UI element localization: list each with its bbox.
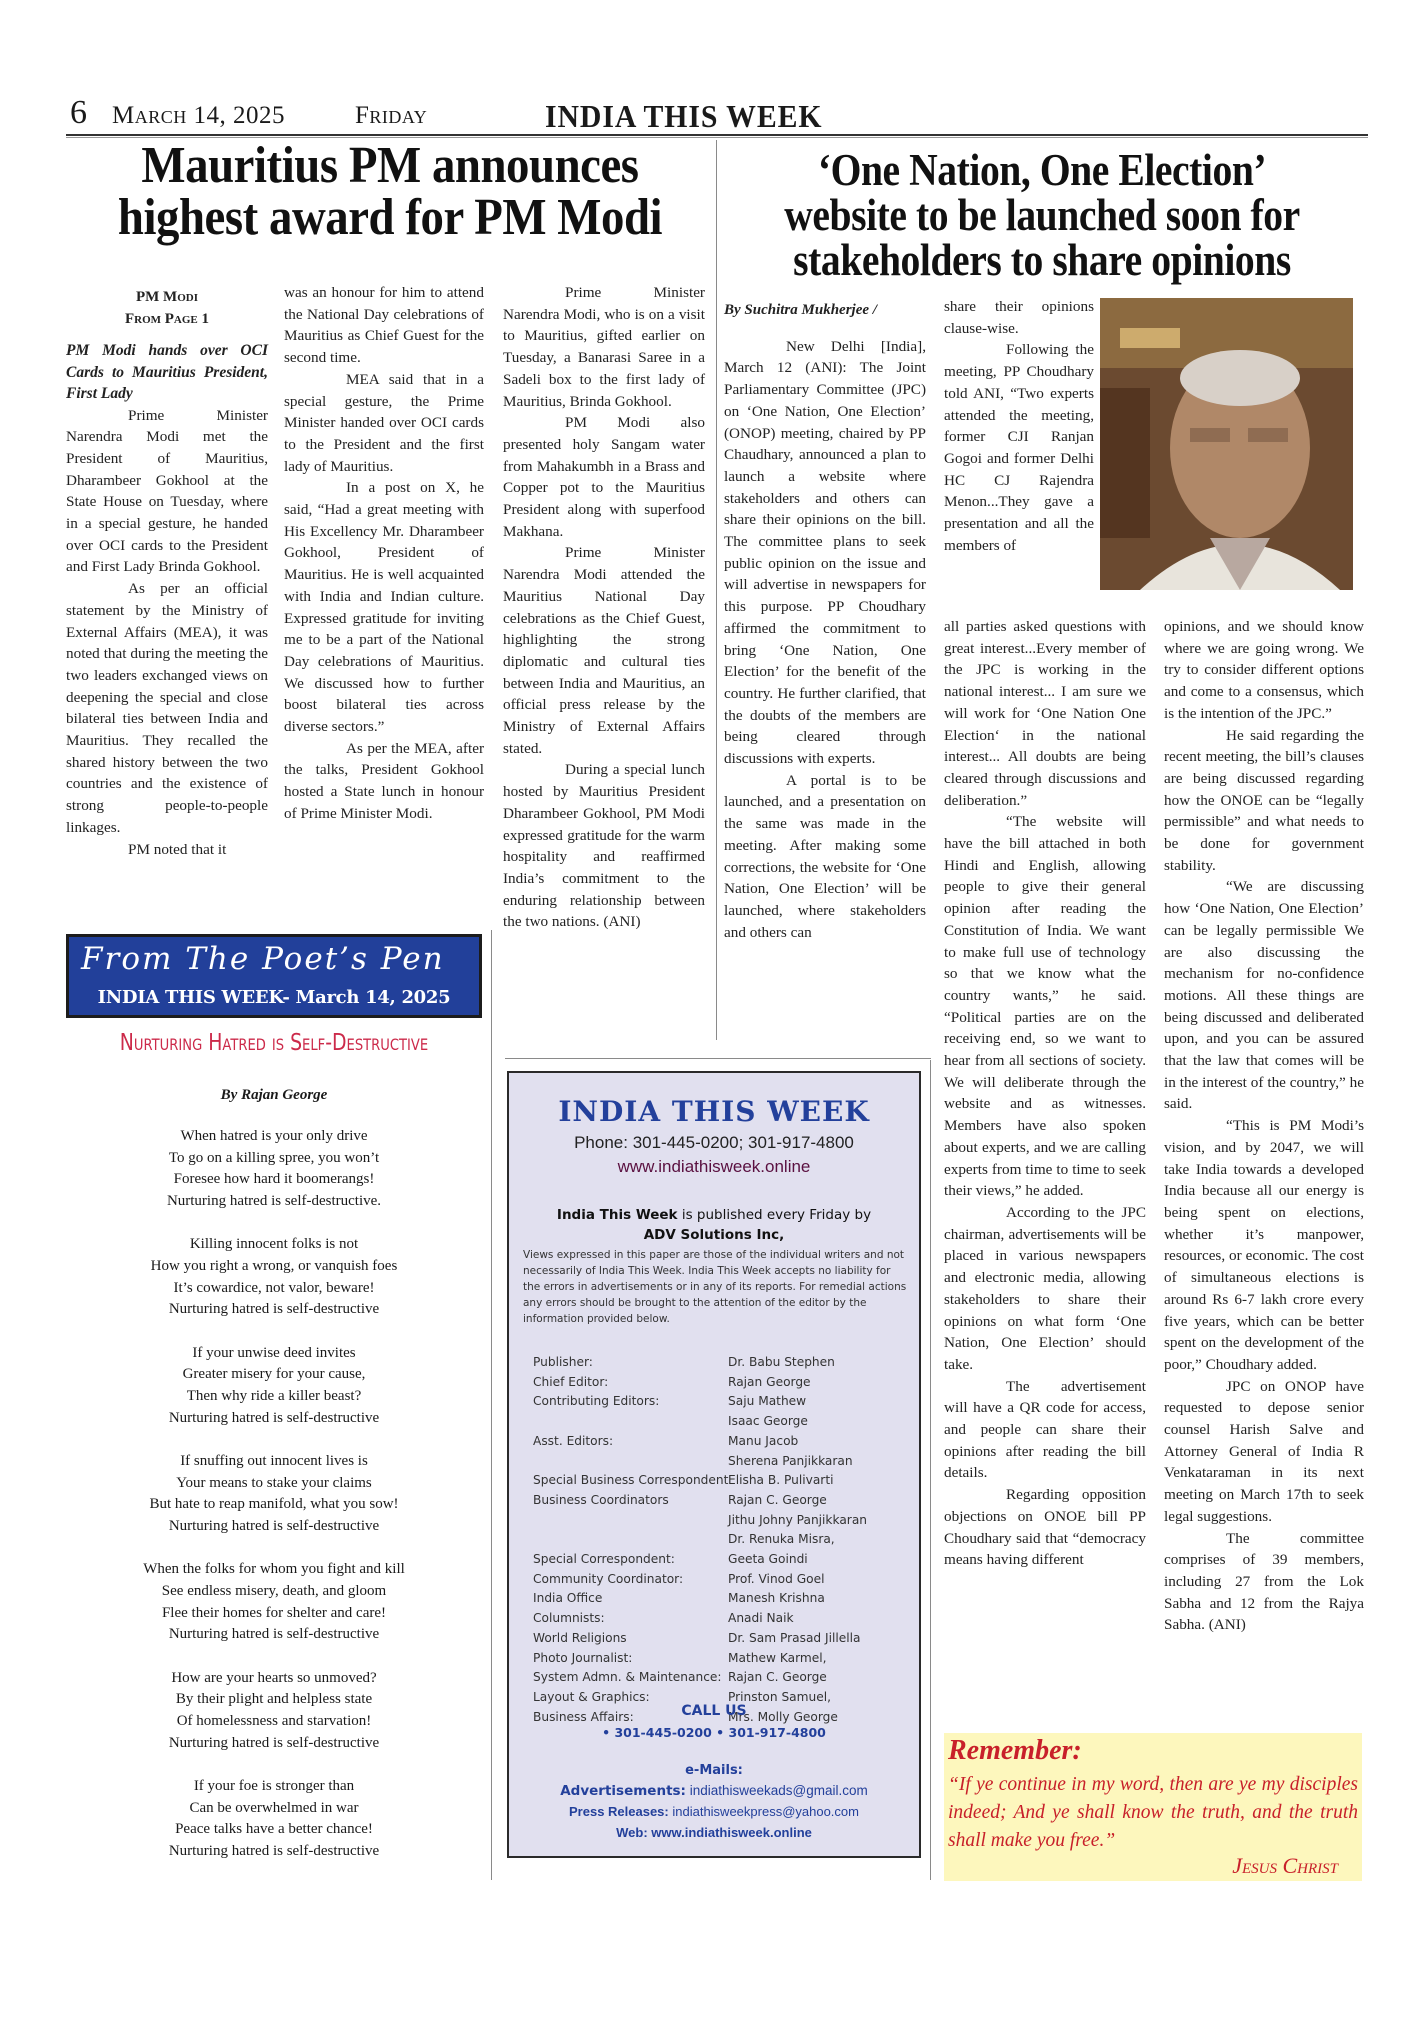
info-published-name: India This Week xyxy=(557,1207,678,1223)
poem-stanza: How are your hearts so unmoved? By their… xyxy=(66,1668,482,1755)
masthead: 6 March 14, 2025 Friday INDIA THIS WEEK xyxy=(70,96,1370,136)
staff-role: Special Correspondent: xyxy=(533,1550,728,1570)
paragraph: MEA said that in a special gesture, the … xyxy=(284,369,484,478)
paragraph: opinions, and we should know where we ar… xyxy=(1164,616,1364,725)
poem-body: When hatred is your only drive To go on … xyxy=(66,1126,482,1884)
kicker-from-page: From Page 1 xyxy=(66,308,268,330)
poem-line: Nurturing hatred is self-destructive xyxy=(66,1299,482,1321)
call-us-numbers: • 301-445-0200 • 301-917-4800 xyxy=(509,1725,919,1740)
staff-name: Dr. Sam Prasad Jillella xyxy=(728,1629,861,1649)
poem-stanza: When the folks for whom you fight and ki… xyxy=(66,1559,482,1646)
subhead-oci: PM Modi hands over OCI Cards to Mauritiu… xyxy=(66,340,268,405)
staff-row: Chief Editor:Rajan George xyxy=(533,1373,913,1393)
staff-name: Manu Jacob xyxy=(728,1432,798,1452)
staff-row: Business CoordinatorsRajan C. George xyxy=(533,1491,913,1511)
call-us-heading: CALL US xyxy=(509,1703,919,1719)
poem-line: Nurturing hatred is self-destructive xyxy=(66,1733,482,1755)
poem-line: If snuffing out innocent lives is xyxy=(66,1451,482,1473)
info-published-rest: is published every Friday by xyxy=(678,1207,872,1223)
poets-pen-subtitle: INDIA THIS WEEK- March 14, 2025 xyxy=(69,987,479,1008)
poem-stanza: If snuffing out innocent lives is Your m… xyxy=(66,1451,482,1538)
poem-line: If your foe is stronger than xyxy=(66,1776,482,1798)
paragraph: The committee comprises of 39 members, i… xyxy=(1164,1528,1364,1637)
paragraph: PM Modi also presented holy Sangam water… xyxy=(503,412,705,542)
paragraph: A portal is to be launched, and a presen… xyxy=(724,770,926,944)
paragraph: New Delhi [India], March 12 (ANI): The J… xyxy=(724,336,926,770)
poem-line: Of homelessness and starvation! xyxy=(66,1711,482,1733)
press-email-row: Press Releases: indiathisweekpress@yahoo… xyxy=(509,1804,919,1819)
poem-line: Greater misery for your cause, xyxy=(66,1364,482,1386)
poem-line: But hate to reap manifold, what you sow! xyxy=(66,1494,482,1516)
poem-stanza: If your foe is stronger than Can be over… xyxy=(66,1776,482,1863)
staff-role xyxy=(533,1530,728,1550)
staff-role xyxy=(533,1412,728,1432)
poem-title: Nurturing Hatred is Self-Destructive xyxy=(103,1030,444,1056)
staff-row: Columnists:Anadi Naik xyxy=(533,1609,913,1629)
staff-row: System Admn. & Maintenance:Rajan C. Geor… xyxy=(533,1668,913,1688)
staff-name: Mathew Karmel, xyxy=(728,1649,827,1669)
staff-role: Community Coordinator: xyxy=(533,1570,728,1590)
emails-heading: e-Mails: xyxy=(509,1763,919,1778)
poem-line: If your unwise deed invites xyxy=(66,1343,482,1365)
poem-line: Nurturing hatred is self-destructive xyxy=(66,1408,482,1430)
paragraph: all parties asked questions with great i… xyxy=(944,616,1146,811)
page-number: 6 xyxy=(70,94,87,132)
paragraph: Following the meeting, PP Choudhary told… xyxy=(944,339,1094,556)
poets-pen-title: From The Poet’s Pen xyxy=(81,941,445,977)
staff-name: Rajan C. George xyxy=(728,1491,827,1511)
staff-name: Dr. Renuka Misra, xyxy=(728,1530,835,1550)
paragraph: share their opinions clause-wise. xyxy=(944,296,1094,339)
staff-name: Manesh Krishna xyxy=(728,1589,825,1609)
staff-row: Photo Journalist:Mathew Karmel, xyxy=(533,1649,913,1669)
info-brand: INDIA THIS WEEK xyxy=(509,1095,919,1128)
remember-quote: “If ye continue in my word, then are ye … xyxy=(948,1771,1358,1855)
staff-role: Columnists: xyxy=(533,1609,728,1629)
staff-row: India OfficeManesh Krishna xyxy=(533,1589,913,1609)
staff-role: Asst. Editors: xyxy=(533,1432,728,1452)
staff-row: Special Business CorrespondentElisha B. … xyxy=(533,1471,913,1491)
info-published: India This Week is published every Frida… xyxy=(509,1207,919,1223)
staff-name: Isaac George xyxy=(728,1412,808,1432)
issue-day: Friday xyxy=(355,102,427,130)
poem-line: Nurturing hatred is self-destructive xyxy=(66,1516,482,1538)
paragraph: According to the JPC chairman, advertise… xyxy=(944,1202,1146,1376)
portrait-image xyxy=(1100,298,1353,590)
poets-pen-banner: From The Poet’s Pen INDIA THIS WEEK- Mar… xyxy=(66,934,482,1018)
staff-role: System Admn. & Maintenance: xyxy=(533,1668,728,1688)
paper-name: INDIA THIS WEEK xyxy=(545,98,822,135)
story-divider xyxy=(716,140,717,1040)
poem-line: Nurturing hatred is self-destructive xyxy=(66,1841,482,1863)
poem-byline: By Rajan George xyxy=(66,1087,482,1104)
photo-pp-chaudhary xyxy=(1100,298,1353,590)
staff-name: Jithu Johny Panjikkaran xyxy=(728,1511,867,1531)
headline-mauritius: Mauritius PM announces highest award for… xyxy=(102,140,678,244)
staff-name: Dr. Babu Stephen xyxy=(728,1353,835,1373)
staff-row: Special Correspondent:Geeta Goindi xyxy=(533,1550,913,1570)
poem-stanza: If your unwise deed invites Greater mise… xyxy=(66,1343,482,1430)
paragraph: During a special lunch hosted by Mauriti… xyxy=(503,759,705,933)
issue-date: March 14, 2025 xyxy=(112,102,285,130)
staff-role: India Office xyxy=(533,1589,728,1609)
info-website-link[interactable]: www.indiathisweek.online xyxy=(509,1157,919,1177)
paragraph: As per an official statement by the Mini… xyxy=(66,578,268,838)
kicker-pm-modi: PM Modi xyxy=(66,286,268,308)
paragraph: Prime Minister Narendra Modi attended th… xyxy=(503,542,705,759)
poem-line: Foresee how hard it boomerangs! xyxy=(66,1169,482,1191)
poem-line: Nurturing hatred is self-destructive xyxy=(66,1624,482,1646)
paragraph: was an honour for him to attend the Nati… xyxy=(284,282,484,369)
staff-role: Photo Journalist: xyxy=(533,1649,728,1669)
staff-row: Contributing Editors:Saju Mathew xyxy=(533,1392,913,1412)
poem-line: Flee their homes for shelter and care! xyxy=(66,1603,482,1625)
publication-info-box: INDIA THIS WEEK Phone: 301-445-0200; 301… xyxy=(507,1071,921,1858)
staff-name: Saju Mathew xyxy=(728,1392,806,1412)
staff-name: Prof. Vinod Goel xyxy=(728,1570,825,1590)
paragraph: Prime Minister Narendra Modi, who is on … xyxy=(503,282,705,412)
press-email-link[interactable]: indiathisweekpress@yahoo.com xyxy=(669,1804,859,1819)
paragraph: “This is PM Modi’s vision, and by 2047, … xyxy=(1164,1115,1364,1375)
remember-title: Remember: xyxy=(948,1735,1082,1767)
staff-role xyxy=(533,1452,728,1472)
poem-line: How are your hearts so unmoved? xyxy=(66,1668,482,1690)
staff-name: Elisha B. Pulivarti xyxy=(728,1471,834,1491)
staff-row: Publisher:Dr. Babu Stephen xyxy=(533,1353,913,1373)
staff-row: Community Coordinator:Prof. Vinod Goel xyxy=(533,1570,913,1590)
right-story-col1: By Suchitra Mukherjee / New Delhi [India… xyxy=(724,300,926,943)
paragraph: “The website will have the bill attached… xyxy=(944,811,1146,1202)
paragraph: Prime Minister Narendra Modi met the Pre… xyxy=(66,405,268,579)
poem-line: It’s cowardice, not valor, beware! xyxy=(66,1278,482,1300)
staff-row: Jithu Johny Panjikkaran xyxy=(533,1511,913,1531)
poem-line: When the folks for whom you fight and ki… xyxy=(66,1559,482,1581)
staff-row: Sherena Panjikkaran xyxy=(533,1452,913,1472)
paragraph: Regarding opposition objections on ONOE … xyxy=(944,1484,1146,1571)
poem-line: Killing innocent folks is not xyxy=(66,1234,482,1256)
masthead-rule xyxy=(66,134,1368,136)
poem-line: When hatred is your only drive xyxy=(66,1126,482,1148)
right-story-col3: opinions, and we should know where we ar… xyxy=(1164,616,1364,1636)
staff-name: Rajan C. George xyxy=(728,1668,827,1688)
paragraph: PM noted that it xyxy=(66,839,268,861)
staff-row: Isaac George xyxy=(533,1412,913,1432)
paragraph: In a post on X, he said, “Had a great me… xyxy=(284,477,484,737)
staff-name: Rajan George xyxy=(728,1373,811,1393)
staff-role: Business Coordinators xyxy=(533,1491,728,1511)
ads-email-link[interactable]: indiathisweekads@gmail.com xyxy=(686,1783,868,1798)
paragraph: “We are discussing how ‘One Nation, One … xyxy=(1164,876,1364,1115)
staff-role: Special Business Correspondent xyxy=(533,1471,728,1491)
byline-suchitra: By Suchitra Mukherjee / xyxy=(724,300,926,322)
poem-line: Peace talks have a better chance! xyxy=(66,1819,482,1841)
staff-role: Contributing Editors: xyxy=(533,1392,728,1412)
column-divider xyxy=(491,930,492,1880)
poem-line: Your means to stake your claims xyxy=(66,1473,482,1495)
column-divider xyxy=(930,1060,931,1880)
paragraph: He said regarding the recent meeting, th… xyxy=(1164,725,1364,877)
poem-line: See endless misery, death, and gloom xyxy=(66,1581,482,1603)
info-disclaimer: Views expressed in this paper are those … xyxy=(523,1247,909,1327)
staff-list: Publisher:Dr. Babu Stephen Chief Editor:… xyxy=(533,1353,913,1727)
left-story-col2: was an honour for him to attend the Nati… xyxy=(284,282,484,825)
staff-role xyxy=(533,1511,728,1531)
press-email-label: Press Releases: xyxy=(569,1804,669,1819)
info-phone: Phone: 301-445-0200; 301-917-4800 xyxy=(509,1133,919,1153)
right-story-col2-top: share their opinions clause-wise. Follow… xyxy=(944,296,1094,556)
paragraph: As per the MEA, after the talks, Preside… xyxy=(284,738,484,825)
headline-one-nation-one-election: ‘One Nation, One Election’ website to be… xyxy=(760,148,1323,283)
staff-role: Chief Editor: xyxy=(533,1373,728,1393)
ads-email-label: Advertisements: xyxy=(560,1783,686,1799)
poem-line: Then why ride a killer beast? xyxy=(66,1386,482,1408)
web-link[interactable]: Web: www.indiathisweek.online xyxy=(509,1825,919,1840)
poem-line: By their plight and helpless state xyxy=(66,1689,482,1711)
info-company: ADV Solutions Inc, xyxy=(509,1227,919,1243)
staff-role: World Religions xyxy=(533,1629,728,1649)
staff-name: Anadi Naik xyxy=(728,1609,794,1629)
poem-line: Can be overwhelmed in war xyxy=(66,1798,482,1820)
poem-line: Nurturing hatred is self-destructive. xyxy=(66,1191,482,1213)
remember-quote-box: Remember: “If ye continue in my word, th… xyxy=(944,1733,1362,1881)
staff-row: World ReligionsDr. Sam Prasad Jillella xyxy=(533,1629,913,1649)
left-story-col3: Prime Minister Narendra Modi, who is on … xyxy=(503,282,705,933)
ads-email-row: Advertisements: indiathisweekads@gmail.c… xyxy=(509,1783,919,1799)
poem-stanza: Killing innocent folks is not How you ri… xyxy=(66,1234,482,1321)
staff-name: Geeta Goindi xyxy=(728,1550,808,1570)
remember-author: Jesus Christ xyxy=(1232,1853,1338,1879)
poem-stanza: When hatred is your only drive To go on … xyxy=(66,1126,482,1213)
left-story-col1: PM Modi From Page 1 PM Modi hands over O… xyxy=(66,286,268,860)
poem-line: How you right a wrong, or vanquish foes xyxy=(66,1256,482,1278)
staff-name: Sherena Panjikkaran xyxy=(728,1452,853,1472)
staff-role: Publisher: xyxy=(533,1353,728,1373)
right-story-col2-bottom: all parties asked questions with great i… xyxy=(944,616,1146,1571)
paragraph: The advertisement will have a QR code fo… xyxy=(944,1376,1146,1485)
horizontal-divider xyxy=(505,1058,931,1059)
staff-row: Asst. Editors:Manu Jacob xyxy=(533,1432,913,1452)
paragraph: JPC on ONOP have requested to depose sen… xyxy=(1164,1376,1364,1528)
staff-row: Dr. Renuka Misra, xyxy=(533,1530,913,1550)
poem-line: To go on a killing spree, you won’t xyxy=(66,1148,482,1170)
